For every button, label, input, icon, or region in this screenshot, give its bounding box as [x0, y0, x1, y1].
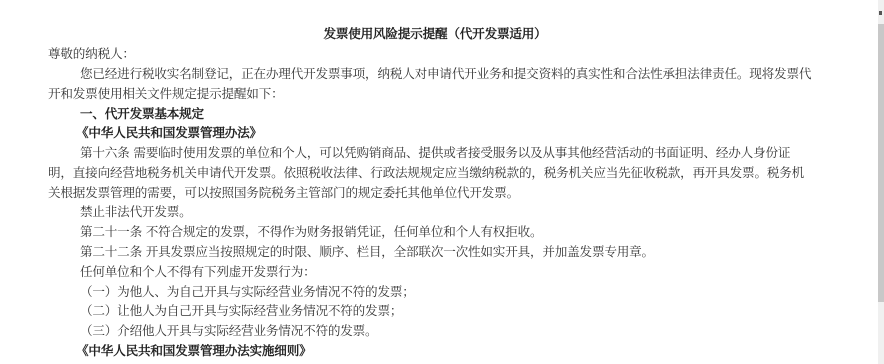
article-16-line-1: 第十六条 需要临时使用发票的单位和个人，可以凭购销商品、提供或者接受服务以及从事… — [80, 144, 790, 162]
law-title-implementation-rules: 《中华人民共和国发票管理办法实施细则》 — [76, 342, 311, 360]
article-22: 第二十二条 开具发票应当按照规定的时限、顺序、栏目，全部联次一次性如实开具，并加… — [80, 243, 654, 261]
false-invoice-intro: 任何单位和个人不得有下列虚开发票行为： — [80, 263, 315, 281]
article-21: 第二十一条 不符合规定的发票，不得作为财务报销凭证，任何单位和个人有权拒收。 — [80, 223, 542, 241]
false-invoice-item-3: （三）介绍他人开具与实际经营业务情况不符的发票。 — [80, 322, 377, 340]
law-title-invoice-management-measures: 《中华人民共和国发票管理办法》 — [76, 124, 262, 142]
article-16-line-2: 明，直接向经营地税务机关申请代开发票。依照税收法律、行政法规规定应当缴纳税款的，… — [48, 164, 804, 182]
vertical-scrollbar[interactable] — [878, 0, 884, 364]
prohibition-statement: 禁止非法代开发票。 — [80, 203, 192, 221]
section-heading-basic-rules: 一、代开发票基本规定 — [80, 105, 204, 123]
false-invoice-item-2: （二）让他人为自己开具与实际经营业务情况不符的发票； — [80, 302, 402, 320]
article-16-line-3: 关根据发票管理的需要，可以按照国务院税务主管部门的规定委托其他单位代开发票。 — [48, 184, 519, 202]
scroll-up-arrow-icon[interactable] — [879, 11, 882, 15]
salutation: 尊敬的纳税人： — [48, 45, 135, 63]
false-invoice-item-1: （一）为他人、为自己开具与实际经营业务情况不符的发票； — [80, 283, 415, 301]
document-title: 发票使用风险提示提醒（代开发票适用） — [0, 25, 870, 43]
scrollbar-thumb[interactable] — [878, 24, 884, 302]
document-viewer: 发票使用风险提示提醒（代开发票适用） 尊敬的纳税人： 您已经进行税收实名制登记，… — [0, 0, 878, 364]
intro-paragraph-line-2: 开和发票使用相关文件规定提示提醒如下： — [48, 85, 283, 103]
intro-paragraph-line-1: 您已经进行税收实名制登记，正在办理代开发票事项，纳税人对申请代开业务和提交资料的… — [80, 65, 811, 83]
